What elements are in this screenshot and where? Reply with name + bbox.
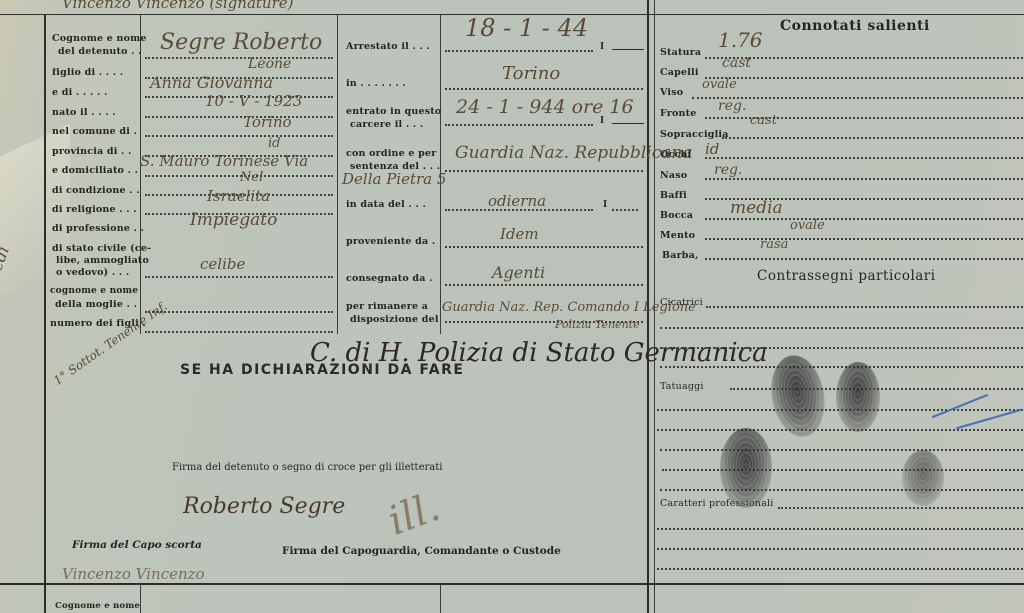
value-profession: Impiegato — [190, 210, 277, 230]
value-face: ovale — [702, 77, 737, 92]
label-civil-1: di stato civile (ce- — [52, 243, 151, 254]
col-divider-2 — [337, 14, 338, 334]
value-eyes: id — [705, 140, 719, 158]
value-entry-date: 24 - 1 - 944 ore 16 — [456, 96, 634, 118]
label-date-of: in data del . . . — [346, 199, 426, 210]
label-face: Viso — [660, 87, 683, 98]
bottom-rule — [0, 583, 1024, 585]
value-province: id — [268, 136, 280, 151]
header-signature: Vincenzo Vincenzo (signature) — [62, 0, 293, 12]
label-hair: Capelli — [660, 67, 699, 78]
value-arrest-place: Torino — [502, 63, 560, 84]
value-coming-from: Idem — [500, 225, 539, 243]
label-arrested: Arrestato il . . . — [346, 41, 430, 52]
label-eyes: Occhi — [660, 149, 691, 160]
label-wife-1: cognome e nome — [50, 286, 138, 297]
col-divider-1 — [140, 14, 141, 334]
label-civil-3: o vedovo) . . . — [56, 267, 129, 278]
value-arrest-date: 18 - 1 - 44 — [465, 14, 588, 42]
label-delivered-by: consegnato da . — [346, 273, 433, 284]
label-born: nato il . . . . — [52, 107, 116, 118]
label-condition: di condizione . . — [52, 185, 140, 196]
roman-mark-3: I — [603, 200, 607, 210]
label-residence: e domiciliato . . — [52, 165, 138, 176]
value-chin: ovale — [790, 218, 825, 233]
next-card-label: Cognome e nome — [55, 601, 140, 612]
label-province: provincia di . . — [52, 146, 132, 157]
value-eyebrows: cast — [750, 113, 777, 128]
label-order-1: con ordine e per — [346, 148, 436, 159]
value-religion: Israelita — [207, 187, 270, 205]
side-note: 1° Sottot. Tenente Inf. — [51, 299, 170, 388]
value-order-note: Della Pietra 5 — [342, 170, 446, 188]
label-entered-1: entrato in questo — [346, 106, 441, 117]
label-beard: Barba, — [662, 250, 699, 261]
left-border — [44, 14, 46, 613]
declarations-handwritten: C. di H. Polizia di Stato Germanica — [310, 338, 768, 368]
roman-mark-1: I — [600, 42, 604, 52]
value-at-disposal-2: Polizia Tenente — [555, 318, 640, 331]
label-profession: di professione . . — [52, 223, 144, 234]
label-wife-2: della moglie . . — [55, 299, 137, 310]
value-beard: rasa — [760, 237, 788, 252]
label-town: nel comune di . — [52, 126, 137, 137]
value-name: Segre Roberto — [160, 30, 322, 55]
value-date-of: odierna — [488, 192, 546, 210]
value-order-by: Guardia Naz. Repubblicana — [455, 143, 693, 163]
fingerprint-3 — [720, 428, 772, 508]
value-mother: Anna Giovanna — [150, 73, 273, 92]
document-card: Vincenzo Vincenzo (signature) Vedi Cogno… — [0, 0, 1024, 613]
label-entered-2: carcere il . . . — [350, 119, 423, 130]
label-chin: Mento — [660, 230, 695, 241]
label-mouth: Bocca — [660, 210, 693, 221]
label-tattoos: Tatuaggi — [660, 381, 704, 392]
fingerprint-1 — [765, 351, 830, 441]
label-religion: di religione . . . — [52, 204, 137, 215]
warden-signature: ill. — [382, 484, 446, 545]
label-remain-1: per rimanere a — [346, 301, 428, 312]
label-mother: e di . . . . . — [52, 87, 107, 98]
value-height: 1.76 — [718, 28, 763, 52]
label-coming-from: proveniente da . — [346, 236, 435, 247]
value-forehead: reg. — [718, 98, 746, 114]
label-detainee: del detenuto . . — [58, 46, 142, 57]
characteristics-title: Connotati salienti — [780, 18, 930, 34]
value-residence-2: Nel — [240, 170, 263, 185]
value-birth-date: 10 - V - 1923 — [205, 92, 302, 110]
detainee-signature-label: Firma del detenuto o segno di croce per … — [172, 462, 442, 473]
blue-pen-mark-2 — [956, 409, 1022, 430]
value-birth-town: Torino — [243, 113, 292, 131]
escort-signature-label: Firma del Capo scorta — [72, 539, 202, 551]
label-scars: Cicatrici — [660, 297, 703, 308]
value-nose: reg. — [714, 162, 742, 178]
marks-title: Contrassegni particolari — [757, 268, 936, 284]
label-height: Statura — [660, 47, 701, 58]
blue-pen-mark — [932, 394, 988, 418]
value-residence: S. Mauro Torinese Via — [140, 152, 308, 170]
label-surname: Cognome e nome — [52, 33, 147, 44]
detainee-signature: Roberto Segre — [183, 494, 345, 519]
label-eyebrows: Sopracciglia — [660, 129, 729, 140]
fingerprint-2 — [836, 362, 880, 432]
value-hair: cast — [722, 55, 751, 71]
value-at-disposal-1: Guardia Naz. Rep. Comando I Legione — [442, 300, 696, 315]
value-father: Leone — [248, 56, 291, 72]
label-father: figlio di . . . . — [52, 67, 123, 78]
label-nose: Naso — [660, 170, 687, 181]
value-delivered-by: Agenti — [492, 263, 545, 282]
escort-signature: Vincenzo Vincenzo — [62, 565, 205, 583]
label-remain-2: disposizione del — [350, 314, 439, 325]
fingerprint-4 — [902, 450, 944, 506]
value-mouth: media — [730, 198, 783, 218]
label-civil-2: libe, ammogliato — [56, 255, 149, 266]
label-moustache: Baffi — [660, 190, 687, 201]
label-forehead: Fronte — [660, 108, 696, 119]
label-in: in . . . . . . . — [346, 78, 406, 89]
value-civil-status: celibe — [200, 255, 245, 273]
warden-signature-label: Firma del Capoguardia, Comandante o Cust… — [282, 545, 561, 557]
